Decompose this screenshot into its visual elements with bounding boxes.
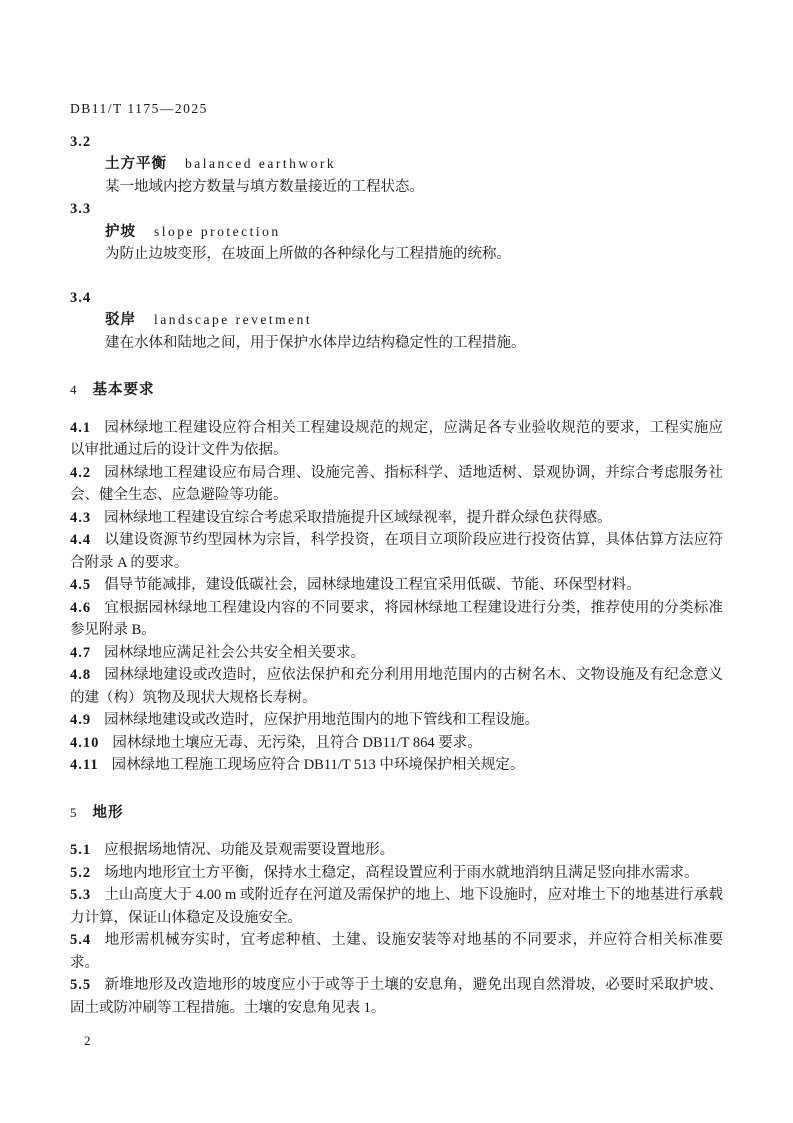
term-title-line: 护坡slope protection [70,221,723,244]
term-definition: 某一地域内挖方数量与填方数量接近的工程状态。 [70,176,723,199]
term-english: landscape revetment [154,312,312,327]
clause-number: 4.6 [70,600,91,616]
clause-number: 5.4 [70,932,91,948]
clause-number: 4.10 [70,735,99,751]
section-heading-terrain: 5地形 [70,802,723,825]
clause-text: 园林绿地工程施工现场应符合 DB11/T 513 中环境保护相关规定。 [112,757,525,773]
term-chinese: 护坡 [105,224,136,240]
section-title: 基本要求 [93,382,155,398]
document-page: DB11/T 1175—2025 3.2 土方平衡balanced earthw… [0,0,793,1123]
section-heading-basic-requirements: 4基本要求 [70,379,723,402]
document-header: DB11/T 1175—2025 [70,98,723,121]
clause-number: 5.2 [70,865,91,881]
term-number: 3.2 [70,131,723,154]
clause-number: 4.1 [70,420,91,436]
clause-5-1: 5.1应根据场地情况、功能及景观需要设置地形。 [70,839,723,862]
clause-number: 4.5 [70,577,91,593]
clause-4-9: 4.9园林绿地建设或改造时，应保护用地范围内的地下管线和工程设施。 [70,709,723,732]
clause-number: 4.9 [70,712,91,728]
clause-5-4: 5.4地形需机械夯实时，宜考虑种植、土建、设施安装等对地基的不同要求，并应符合相… [70,929,723,974]
term-block-3-4: 3.4 驳岸landscape revetment 建在水体和陆地之间，用于保护… [70,287,723,355]
clause-text: 园林绿地应满足社会公共安全相关要求。 [104,645,365,661]
clause-4-1: 4.1园林绿地工程建设应符合相关工程建设规范的规定，应满足各专业验收规范的要求，… [70,417,723,462]
term-definition: 建在水体和陆地之间，用于保护水体岸边结构稳定性的工程措施。 [70,332,723,355]
page-number: 2 [84,1030,91,1053]
clause-number: 4.2 [70,465,91,481]
clause-4-7: 4.7园林绿地应满足社会公共安全相关要求。 [70,642,723,665]
clause-number: 4.4 [70,532,91,548]
clause-4-10: 4.10园林绿地土壤应无毒、无污染，且符合 DB11/T 864 要求。 [70,732,723,755]
term-english: balanced earthwork [185,156,336,171]
clause-4-5: 4.5倡导节能减排，建设低碳社会，园林绿地建设工程宜采用低碳、节能、环保型材料。 [70,574,723,597]
term-block-3-2: 3.2 土方平衡balanced earthwork 某一地域内挖方数量与填方数… [70,131,723,199]
clause-text: 以建设资源节约型园林为宗旨，科学投资，在项目立项阶段应进行投资估算，具体估算方法… [70,532,723,571]
section-number: 5 [70,805,78,820]
section-title: 地形 [93,805,124,821]
term-definition: 为防止边坡变形，在坡面上所做的各种绿化与工程措施的统称。 [70,243,723,266]
clause-text: 地形需机械夯实时，宜考虑种植、土建、设施安装等对地基的不同要求，并应符合相关标准… [70,932,723,971]
clause-4-6: 4.6宜根据园林绿地工程建设内容的不同要求，将园林绿地工程建设进行分类，推荐使用… [70,597,723,642]
clause-text: 土山高度大于 4.00 m 或附近存在河道及需保护的地上、地下设施时，应对堆土下… [70,887,723,926]
clause-5-3: 5.3土山高度大于 4.00 m 或附近存在河道及需保护的地上、地下设施时，应对… [70,884,723,929]
clause-text: 园林绿地建设或改造时，应保护用地范围内的地下管线和工程设施。 [104,712,539,728]
term-title-line: 驳岸landscape revetment [70,309,723,332]
clause-number: 4.3 [70,510,91,526]
clause-4-2: 4.2园林绿地工程建设应布局合理、设施完善、指标科学、适地适树、景观协调，并综合… [70,462,723,507]
term-chinese: 土方平衡 [105,156,167,172]
clause-4-4: 4.4以建设资源节约型园林为宗旨，科学投资，在项目立项阶段应进行投资估算，具体估… [70,529,723,574]
clause-5-5: 5.5新堆地形及改造地形的坡度应小于或等于土壤的安息角，避免出现自然滑坡，必要时… [70,974,723,1019]
term-chinese: 驳岸 [105,312,136,328]
term-block-3-3: 3.3 护坡slope protection 为防止边坡变形，在坡面上所做的各种… [70,198,723,266]
clause-text: 应根据场地情况、功能及景观需要设置地形。 [104,842,394,858]
clause-number: 4.11 [70,757,99,773]
section-number: 4 [70,382,78,397]
clause-4-11: 4.11园林绿地工程施工现场应符合 DB11/T 513 中环境保护相关规定。 [70,754,723,777]
clause-number: 5.5 [70,977,91,993]
clause-text: 宜根据园林绿地工程建设内容的不同要求，将园林绿地工程建设进行分类，推荐使用的分类… [70,600,723,639]
clause-4-3: 4.3园林绿地工程建设宜综合考虑采取措施提升区域绿视率，提升群众绿色获得感。 [70,507,723,530]
clause-number: 5.1 [70,842,91,858]
clause-4-8: 4.8园林绿地建设或改造时，应依法保护和充分利用用地范围内的古树名木、文物设施及… [70,664,723,709]
clause-number: 5.3 [70,887,91,903]
term-number: 3.3 [70,198,723,221]
clause-text: 园林绿地工程建设宜综合考虑采取措施提升区域绿视率，提升群众绿色获得感。 [104,510,612,526]
clause-text: 倡导节能减排，建设低碳社会，园林绿地建设工程宜采用低碳、节能、环保型材料。 [104,577,641,593]
clause-text: 新堆地形及改造地形的坡度应小于或等于土壤的安息角，避免出现自然滑坡，必要时采取护… [70,977,723,1016]
clause-text: 场地内地形宜土方平衡，保持水土稳定，高程设置应利于雨水就地消纳且满足竖向排水需求… [104,865,699,881]
clause-number: 4.8 [70,667,91,683]
term-english: slope protection [154,224,281,239]
term-title-line: 土方平衡balanced earthwork [70,153,723,176]
clause-text: 园林绿地工程建设应布局合理、设施完善、指标科学、适地适树、景观协调，并综合考虑服… [70,465,723,504]
clause-5-2: 5.2场地内地形宜土方平衡，保持水土稳定，高程设置应利于雨水就地消纳且满足竖向排… [70,862,723,885]
clause-text: 园林绿地工程建设应符合相关工程建设规范的规定，应满足各专业验收规范的要求，工程实… [70,420,723,459]
clause-number: 4.7 [70,645,91,661]
clause-text: 园林绿地土壤应无毒、无污染，且符合 DB11/T 864 要求。 [112,735,481,751]
clause-text: 园林绿地建设或改造时，应依法保护和充分利用用地范围内的古树名木、文物设施及有纪念… [70,667,723,706]
term-number: 3.4 [70,287,723,310]
